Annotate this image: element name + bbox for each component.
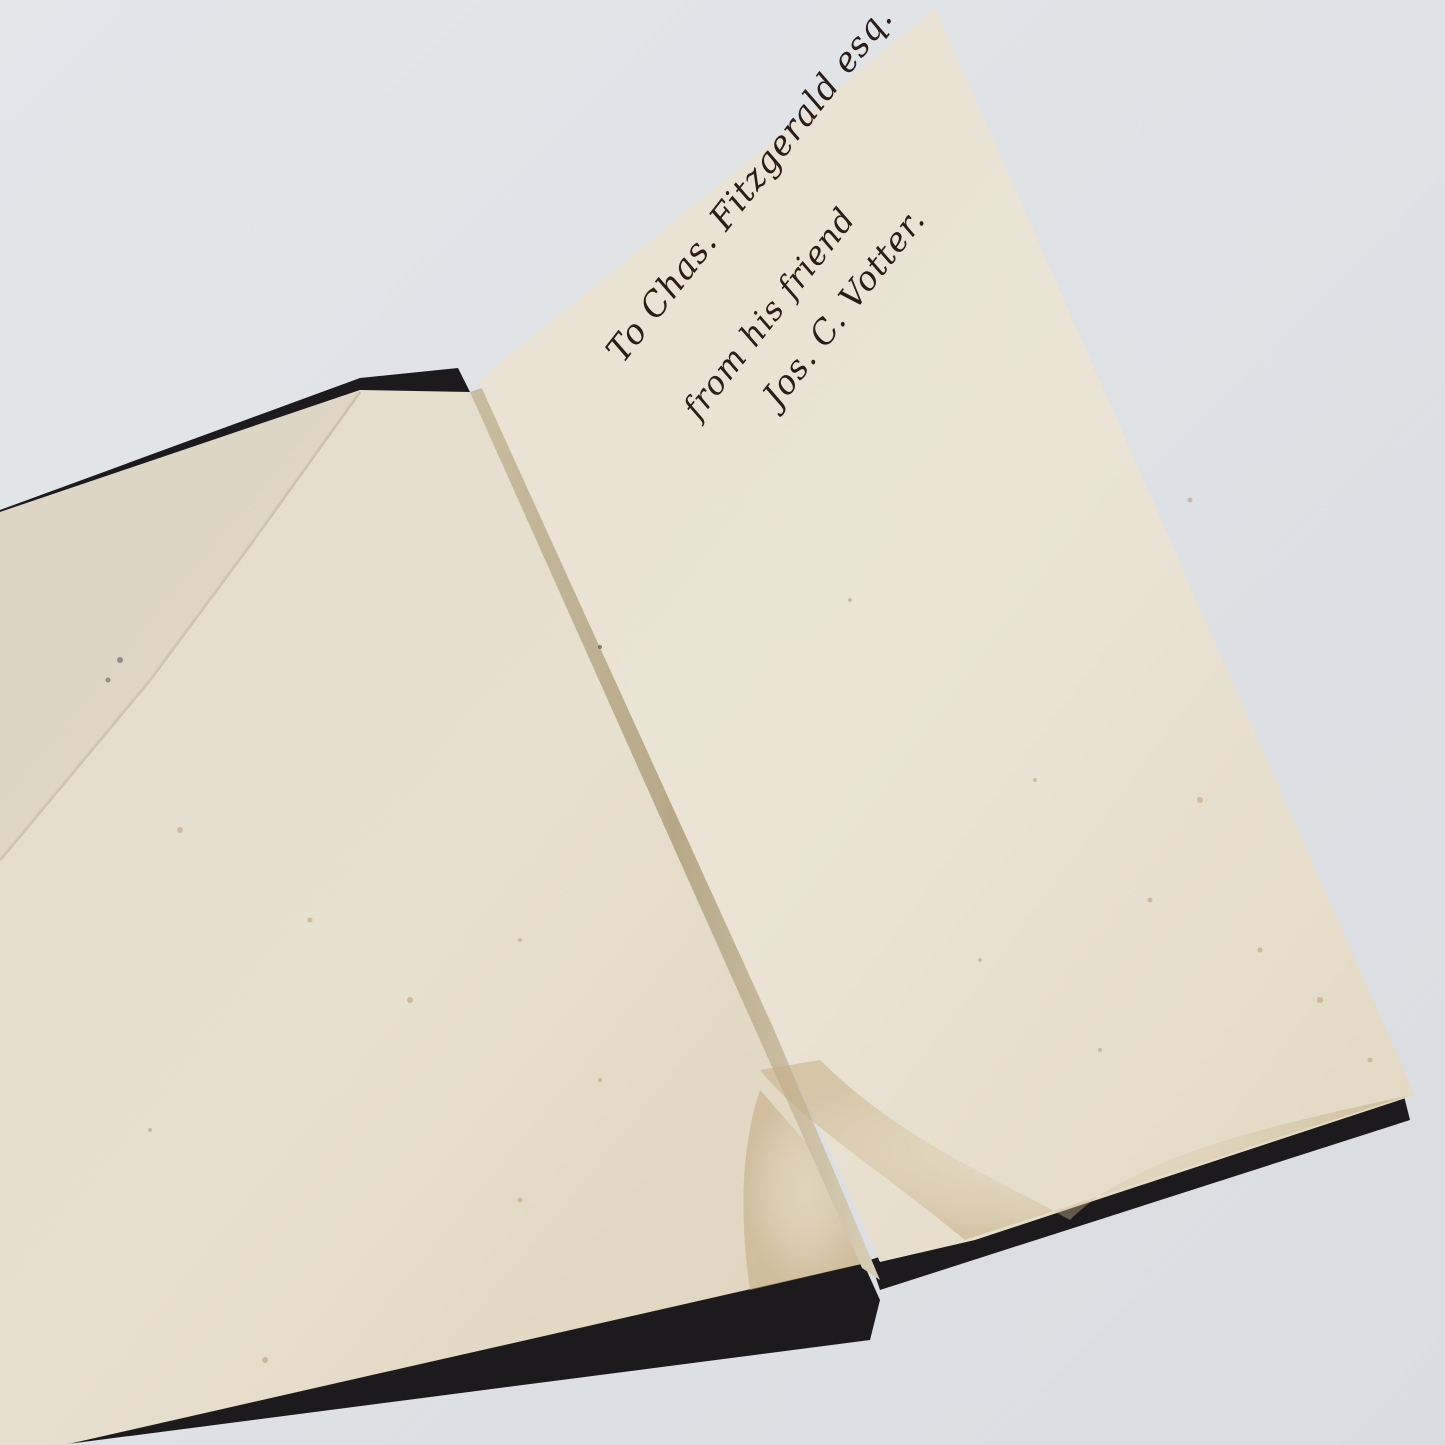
handwritten-inscription: To Chas. Fitzgerald esq. from his friend… bbox=[610, 120, 1070, 420]
